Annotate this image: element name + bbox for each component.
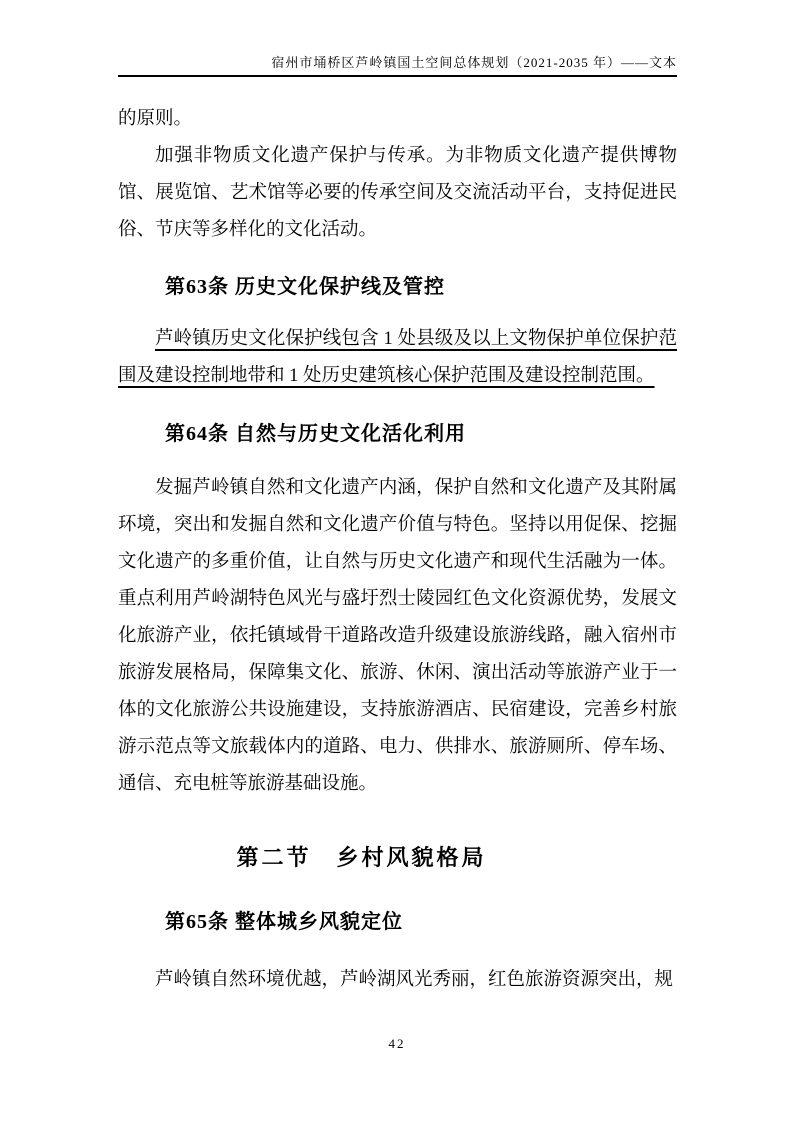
paragraph-intangible-heritage: 加强非物质文化遗产保护与传承。为非物质文化遗产提供博物馆、展览馆、艺术馆等必要的… — [118, 138, 677, 249]
article-64-heading: 第64条 自然与历史文化活化利用 — [118, 420, 677, 448]
article-63-body: 芦岭镇历史文化保护线包含 1 处县级及以上文物保护单位保护范围及建设控制地带和 … — [118, 321, 677, 395]
document-page: 宿州市埇桥区芦岭镇国土空间总体规划（2021-2035 年）——文本 的原则。 … — [0, 0, 794, 1123]
page-footer: 42 — [0, 1036, 794, 1052]
page-body: 的原则。 加强非物质文化遗产保护与传承。为非物质文化遗产提供博物馆、展览馆、艺术… — [118, 95, 677, 999]
article-63-heading: 第63条 历史文化保护线及管控 — [118, 273, 677, 301]
article-65-body: 芦岭镇自然环境优越，芦岭湖风光秀丽，红色旅游资源突出，规 — [118, 962, 677, 999]
header-title: 宿州市埇桥区芦岭镇国土空间总体规划（2021-2035 年）——文本 — [271, 55, 677, 70]
article-65-heading: 第65条 整体城乡风貌定位 — [118, 908, 677, 936]
page-number: 42 — [389, 1036, 406, 1051]
paragraph-continuation: 的原则。 — [118, 101, 677, 138]
section-2-heading: 第二节 乡村风貌格局 — [118, 843, 605, 873]
page-header: 宿州市埇桥区芦岭镇国土空间总体规划（2021-2035 年）——文本 — [118, 52, 677, 77]
article-64-body: 发掘芦岭镇自然和文化遗产内涵，保护自然和文化遗产及其附属环境，突出和发掘自然和文… — [118, 470, 677, 803]
